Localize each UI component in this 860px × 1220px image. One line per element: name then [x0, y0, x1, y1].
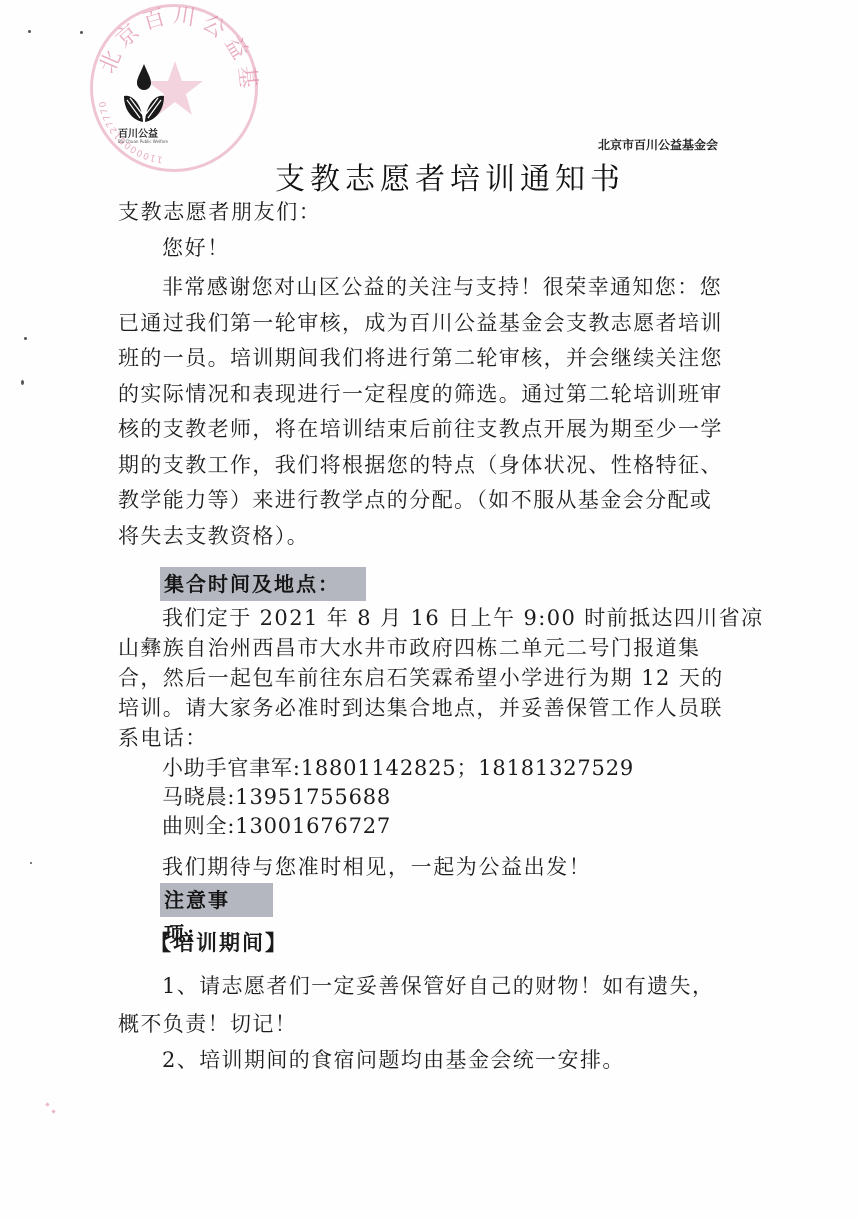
contact-list: 小助手官聿军:18801142825；18181327529 马晓晨:13951… [162, 754, 634, 841]
meeting-line: 我们定于 2021 年 8 月 16 日上午 9:00 时前抵达四川省凉 [118, 603, 738, 633]
contact-item: 小助手官聿军:18801142825；18181327529 [162, 754, 634, 783]
intro-line: 非常感谢您对山区公益的关注与支持！很荣幸通知您：您 [118, 270, 738, 306]
note-line: 2、培训期间的食宿问题均由基金会统一安排。 [118, 1043, 738, 1079]
official-seal: 北京百川公益基金会 1100000127770 [90, 4, 258, 172]
contact-phone: 13001676727 [235, 814, 391, 838]
note-item: 2、培训期间的食宿问题均由基金会统一安排。 [118, 1043, 738, 1079]
meeting-line: 合，然后一起包车前往东启石笑霖希望小学进行为期 12 天的 [118, 663, 738, 693]
contact-phone: 13951755688 [235, 785, 391, 809]
intro-line: 教学能力等）来进行教学点的分配。（如不服从基金会分配或 [118, 483, 738, 519]
contact-phone: 18801142825；18181327529 [301, 756, 634, 780]
greeting: 您好！ [162, 232, 230, 262]
meeting-section-heading: 集合时间及地点： [160, 567, 366, 601]
scan-speck [45, 1102, 49, 1106]
scan-speck [24, 337, 27, 340]
intro-line: 的实际情况和表现进行一定程度的筛选。通过第二轮培训班审 [118, 377, 738, 413]
document-title: 支教志愿者培训通知书 [0, 154, 860, 198]
closing-line: 我们期待与您准时相见，一起为公益出发！ [162, 851, 591, 881]
intro-line: 将失去支教资格）。 [118, 519, 738, 555]
notes-subheading: 【培训期间】 [150, 927, 288, 957]
scan-speck [28, 30, 31, 33]
intro-line: 班的一员。培训期间我们将进行第二轮审核，并会继续关注您 [118, 341, 738, 377]
meeting-paragraph: 我们定于 2021 年 8 月 16 日上午 9:00 时前抵达四川省凉 山彝族… [118, 603, 738, 753]
intro-paragraph: 非常感谢您对山区公益的关注与支持！很荣幸通知您：您 已通过我们第一轮审核，成为百… [118, 270, 738, 554]
logo-subtitle: Bai Chuan Public Welfare [118, 139, 178, 144]
intro-line: 核的支教老师，将在培训结束后前往支教点开展为期至少一学 [118, 412, 738, 448]
contact-name: 曲则全 [162, 814, 227, 838]
logo-label: 百川公益 [118, 125, 178, 140]
contact-name: 马晓晨 [162, 785, 227, 809]
document-page: 北京百川公益基金会 1100000127770 百川公益 Bai Chuan P… [0, 0, 860, 1220]
note-line: 概不负责！切记！ [118, 1006, 738, 1042]
meeting-line: 山彝族自治州西昌市大水井市政府四栋二单元二号门报道集 [118, 633, 738, 663]
salutation: 支教志愿者朋友们： [118, 196, 321, 226]
meeting-line: 系电话： [118, 723, 738, 753]
contact-item: 曲则全:13001676727 [162, 812, 634, 841]
scan-speck [21, 380, 24, 385]
contact-name: 小助手官聿军 [162, 756, 293, 780]
note-line: 1、请志愿者们一定妥善保管好自己的财物！如有遗失， [118, 968, 738, 1006]
scan-speck [30, 862, 32, 864]
scan-speck [51, 1109, 55, 1113]
issuer-name: 北京市百川公益基金会 [598, 136, 718, 153]
intro-line: 期的支教工作，我们将根据您的特点（身体状况、性格特征、 [118, 448, 738, 484]
note-item: 1、请志愿者们一定妥善保管好自己的财物！如有遗失， 概不负责！切记！ [118, 968, 738, 1042]
scan-speck [80, 31, 83, 34]
notes-section-heading: 注意事项： [160, 883, 273, 917]
meeting-line: 培训。请大家务必准时到达集合地点，并妥善保管工作人员联 [118, 693, 738, 723]
intro-line: 已通过我们第一轮审核，成为百川公益基金会支教志愿者培训 [118, 306, 738, 342]
contact-item: 马晓晨:13951755688 [162, 783, 634, 812]
